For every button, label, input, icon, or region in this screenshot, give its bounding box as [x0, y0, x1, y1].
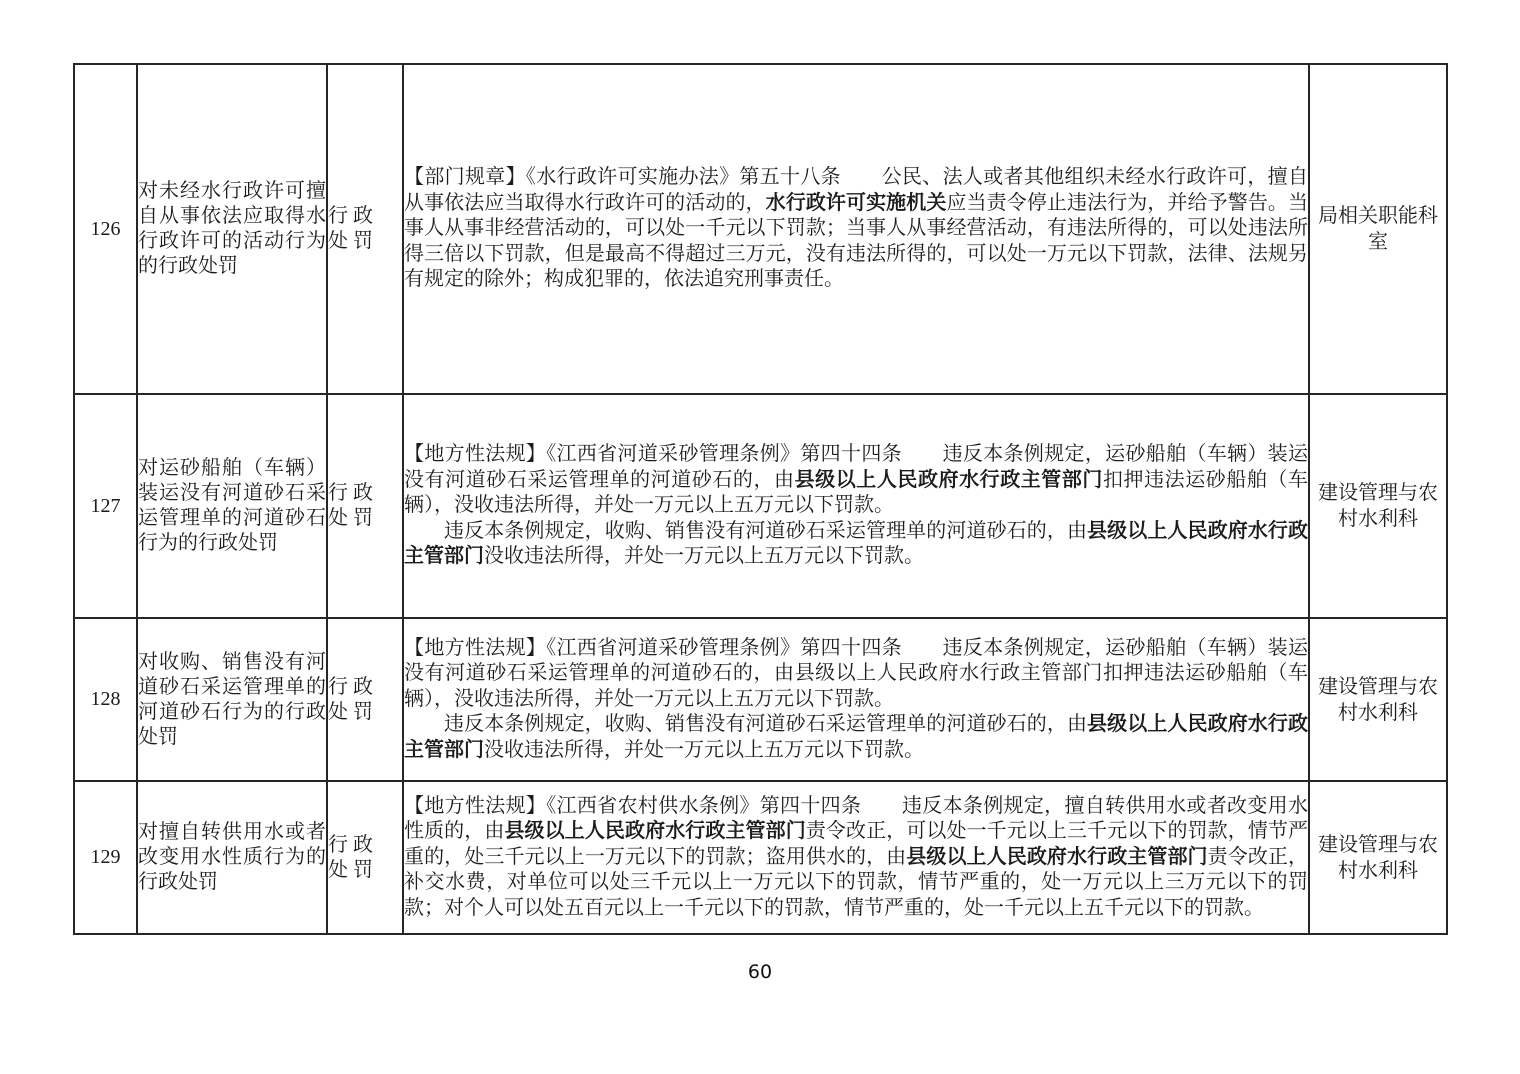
legal-basis-paragraph: 【地方性法规】《江西省河道采砂管理条例》第四十四条 违反本条例规定，运砂船舶（车… [404, 636, 1308, 713]
legal-basis-cell: 【地方性法规】《江西省河道采砂管理条例》第四十四条 违反本条例规定，运砂船舶（车… [403, 394, 1309, 618]
responsible-department: 建设管理与农村水利科 [1309, 781, 1447, 934]
table-row: 128 对收购、销售没有河道砂石采运管理单的河道砂石行为的行政处罚 行政处罚 【… [74, 618, 1447, 781]
penalty-item-name: 对运砂船舶（车辆）装运没有河道砂石采运管理单的河道砂石行为的行政处罚 [137, 394, 327, 618]
penalty-type: 行政处罚 [327, 64, 403, 394]
legal-basis-paragraph: 【地方性法规】《江西省农村供水条例》第四十四条 违反本条例规定，擅自转供用水或者… [404, 794, 1308, 922]
penalty-item-name: 对擅自转供用水或者改变用水性质行为的行政处罚 [137, 781, 327, 934]
legal-basis-paragraph: 【部门规章】《水行政许可实施办法》第五十八条 公民、法人或者其他组织未经水行政许… [404, 165, 1308, 293]
legal-basis-paragraph: 【地方性法规】《江西省河道采砂管理条例》第四十四条 违反本条例规定，运砂船舶（车… [404, 442, 1308, 519]
penalty-type: 行政处罚 [327, 618, 403, 781]
legal-basis-cell: 【地方性法规】《江西省农村供水条例》第四十四条 违反本条例规定，擅自转供用水或者… [403, 781, 1309, 934]
legal-basis-paragraph: 违反本条例规定，收购、销售没有河道砂石采运管理单的河道砂石的，由县级以上人民政府… [404, 519, 1308, 570]
row-number: 127 [74, 394, 137, 618]
penalty-table: 126 对未经水行政许可擅自从事依法应取得水行政许可的活动行为的行政处罚 行政处… [73, 63, 1448, 935]
responsible-department: 建设管理与农村水利科 [1309, 618, 1447, 781]
page-number: 60 [0, 961, 1520, 983]
penalty-type: 行政处罚 [327, 394, 403, 618]
table-row: 126 对未经水行政许可擅自从事依法应取得水行政许可的活动行为的行政处罚 行政处… [74, 64, 1447, 394]
legal-basis-paragraph: 违反本条例规定，收购、销售没有河道砂石采运管理单的河道砂石的，由县级以上人民政府… [404, 712, 1308, 763]
legal-basis-cell: 【地方性法规】《江西省河道采砂管理条例》第四十四条 违反本条例规定，运砂船舶（车… [403, 618, 1309, 781]
document-page: 126 对未经水行政许可擅自从事依法应取得水行政许可的活动行为的行政处罚 行政处… [0, 0, 1520, 1074]
legal-basis-cell: 【部门规章】《水行政许可实施办法》第五十八条 公民、法人或者其他组织未经水行政许… [403, 64, 1309, 394]
penalty-type: 行政处罚 [327, 781, 403, 934]
responsible-department: 建设管理与农村水利科 [1309, 394, 1447, 618]
penalty-item-name: 对未经水行政许可擅自从事依法应取得水行政许可的活动行为的行政处罚 [137, 64, 327, 394]
responsible-department: 局相关职能科室 [1309, 64, 1447, 394]
row-number: 128 [74, 618, 137, 781]
row-number: 129 [74, 781, 137, 934]
row-number: 126 [74, 64, 137, 394]
penalty-item-name: 对收购、销售没有河道砂石采运管理单的河道砂石行为的行政处罚 [137, 618, 327, 781]
table-row: 129 对擅自转供用水或者改变用水性质行为的行政处罚 行政处罚 【地方性法规】《… [74, 781, 1447, 934]
table-row: 127 对运砂船舶（车辆）装运没有河道砂石采运管理单的河道砂石行为的行政处罚 行… [74, 394, 1447, 618]
